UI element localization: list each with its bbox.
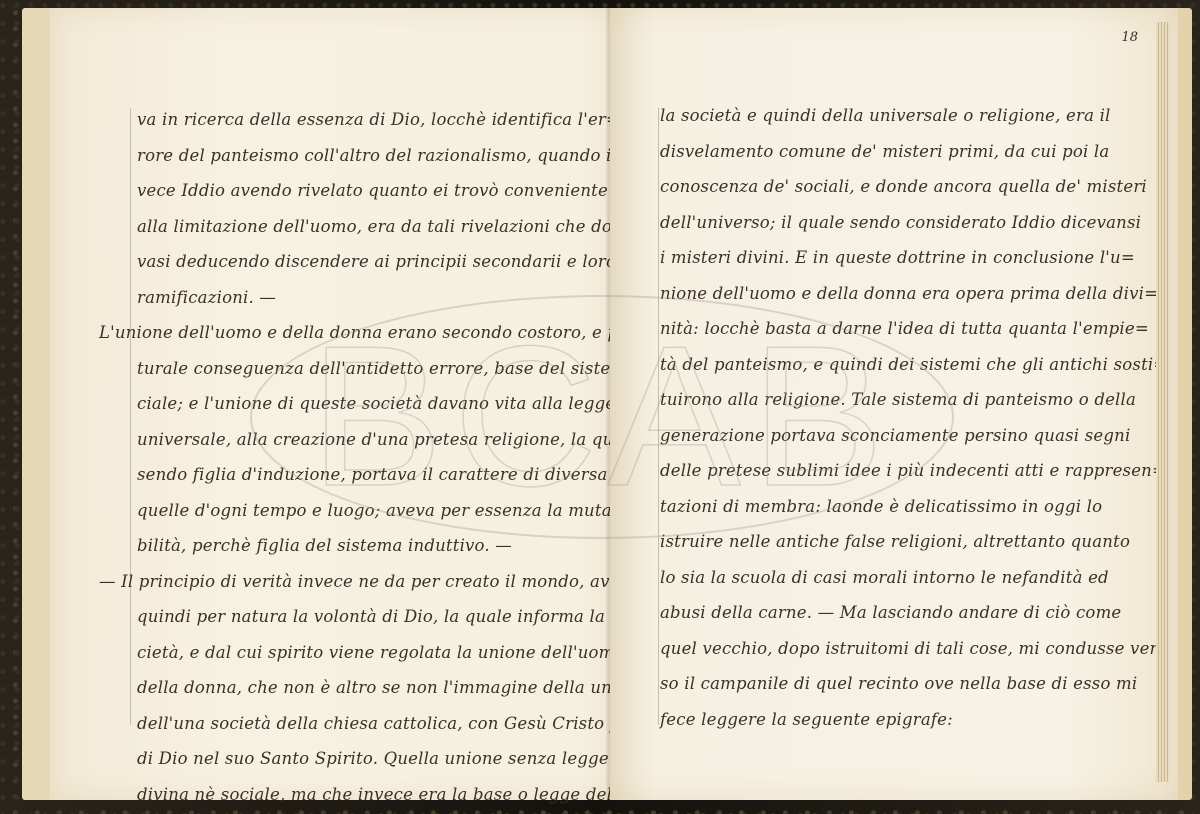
- text-line: nità: locchè basta a darne l'idea di tut…: [660, 311, 1172, 347]
- text-line: va in ricerca della essenza di Dio, locc…: [137, 102, 677, 138]
- text-line: alla limitazione dell'uomo, era da tali …: [137, 209, 677, 245]
- text-line: conoscenza de' sociali, e donde ancora q…: [660, 169, 1172, 205]
- text-line: quindi per natura la volontà di Dio, la …: [137, 599, 677, 635]
- text-line: so il campanile di quel recinto ove nell…: [660, 666, 1172, 702]
- page-edges: [1156, 22, 1170, 782]
- text-line: ciale; e l'unione di queste società dava…: [137, 386, 677, 422]
- text-line: generazione portava sconciamente persino…: [660, 418, 1172, 454]
- text-line: lo sia la scuola di casi morali intorno …: [660, 560, 1172, 596]
- text-line: nione dell'uomo e della donna era opera …: [660, 276, 1172, 312]
- text-line: divina nè sociale, ma che invece era la …: [137, 777, 677, 813]
- text-line: L'unione dell'uomo e della donna erano s…: [99, 315, 677, 351]
- text-line: delle pretese sublimi idee i più indecen…: [660, 453, 1172, 489]
- manuscript-spread: va in ricerca della essenza di Dio, locc…: [0, 0, 1200, 814]
- text-line: di Dio nel suo Santo Spirito. Quella uni…: [137, 741, 677, 777]
- text-line: bilità, perchè figlia del sistema indutt…: [137, 528, 677, 564]
- text-line: istruire nelle antiche false religioni, …: [660, 524, 1172, 560]
- text-line: — Il principio di verità invece ne da pe…: [99, 564, 677, 600]
- text-line: ramificazioni. —: [137, 280, 677, 316]
- left-page-text: va in ricerca della essenza di Dio, locc…: [137, 102, 677, 812]
- text-line: vece Iddio avendo rivelato quanto ei tro…: [137, 173, 677, 209]
- text-line: tuirono alla religione. Tale sistema di …: [660, 382, 1172, 418]
- text-line: tazioni di membra: laonde è delicatissim…: [660, 489, 1172, 525]
- text-line: sendo figlia d'induzione, portava il car…: [137, 457, 677, 493]
- text-line: vasi deducendo discendere ai principii s…: [137, 244, 677, 280]
- text-line: dell'universo; il quale sendo considerat…: [660, 205, 1172, 241]
- text-line: i misteri divini. E in queste dottrine i…: [660, 240, 1172, 276]
- text-line: tà del panteismo, e quindi dei sistemi c…: [660, 347, 1172, 383]
- text-line: quel vecchio, dopo istruitomi di tali co…: [660, 631, 1172, 667]
- text-line: universale, alla creazione d'una pretesa…: [137, 422, 677, 458]
- text-line: cietà, e dal cui spirito viene regolata …: [137, 635, 677, 671]
- margin-rule: [658, 108, 659, 725]
- text-line: turale conseguenza dell'antidetto errore…: [137, 351, 677, 387]
- right-page-text: la società e quindi della universale o r…: [660, 98, 1172, 737]
- text-line: della donna, che non è altro se non l'im…: [137, 670, 677, 706]
- text-line: disvelamento comune de' misteri primi, d…: [660, 134, 1172, 170]
- text-line: quelle d'ogni tempo e luogo; aveva per e…: [137, 493, 677, 529]
- text-line: fece leggere la seguente epigrafe:: [660, 702, 1172, 738]
- page-number: 18: [1121, 30, 1138, 45]
- text-line: dell'una società della chiesa cattolica,…: [137, 706, 677, 742]
- margin-rule: [130, 108, 131, 725]
- right-page: 18 la società e quindi della universale …: [610, 8, 1192, 800]
- left-page: va in ricerca della essenza di Dio, locc…: [22, 8, 638, 800]
- text-line: la società e quindi della universale o r…: [660, 98, 1172, 134]
- text-line: abusi della carne. — Ma lasciando andare…: [660, 595, 1172, 631]
- text-line: rore del panteismo coll'altro del razion…: [137, 138, 677, 174]
